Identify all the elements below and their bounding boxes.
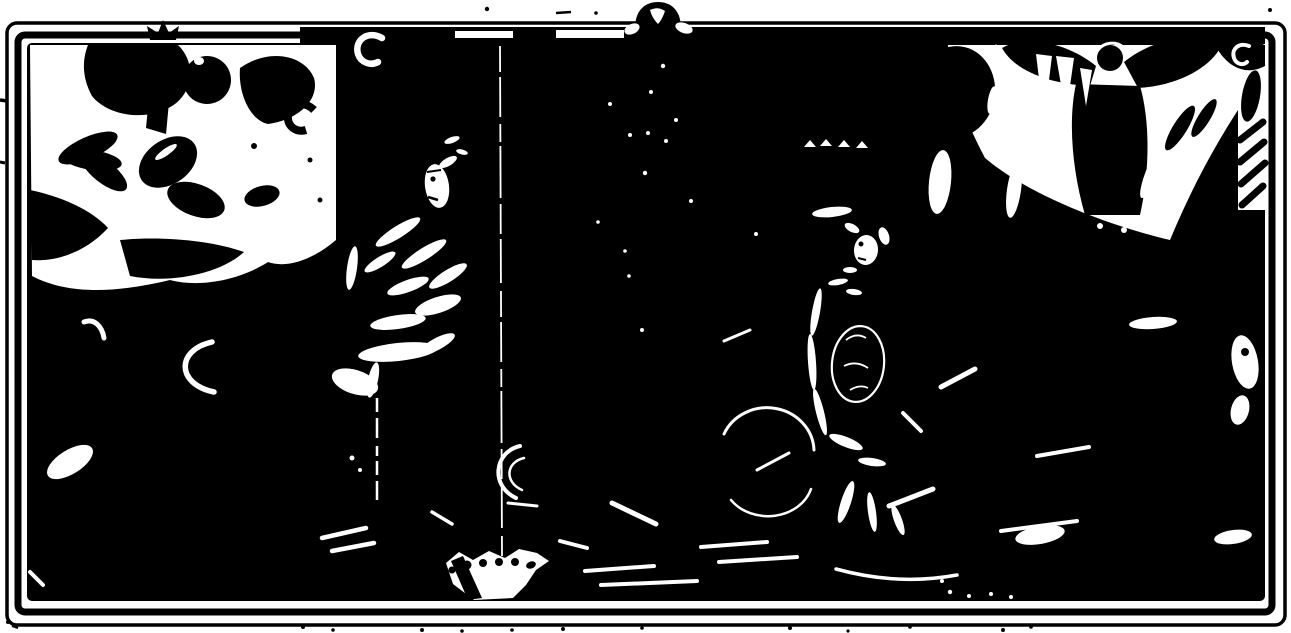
eagle-body: [1072, 84, 1148, 215]
engraving-figure: Heavily inked baroque engraving in a dou…: [0, 0, 1291, 633]
top-edge-ink-bleed: [300, 27, 1265, 44]
scanned-page: Heavily inked baroque engraving in a dou…: [0, 0, 1291, 633]
engraving-plate: [0, 0, 1291, 633]
